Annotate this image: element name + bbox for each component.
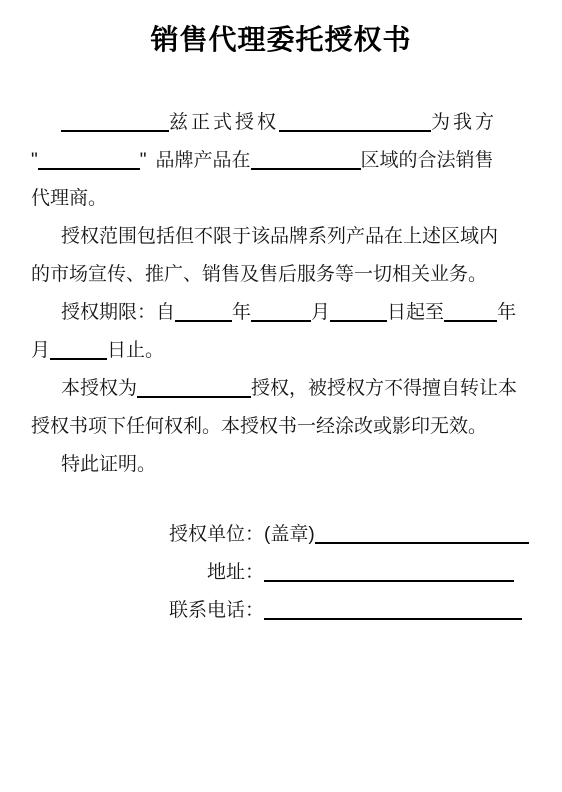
document-page: 销售代理委托授权书 兹正式授权为我方 ""品牌产品在区域的合法销售 代理商。 授… — [0, 0, 562, 792]
blank-start-month — [251, 310, 311, 322]
signature-row-address: 地址： — [31, 554, 529, 592]
text-segment: 年 — [497, 302, 516, 323]
text-segment: 的市场宣传、推广、销售及售后服务等一切相关业务。 — [31, 264, 487, 285]
text-segment: 特此证明。 — [61, 454, 156, 475]
paragraph2-line2: 的市场宣传、推广、销售及售后服务等一切相关业务。 — [31, 256, 552, 294]
text-segment: 为我方 — [431, 112, 497, 133]
paragraph1-line2: ""品牌产品在区域的合法销售 — [31, 142, 552, 180]
contact-phone-label: 联系电话： — [31, 592, 264, 630]
paragraph3-line2: 月日止。 — [31, 332, 552, 370]
text-segment: 日止。 — [107, 340, 164, 361]
blank-authorized-agent — [279, 120, 431, 132]
seal-note: (盖章) — [264, 524, 315, 545]
paragraph2-line1: 授权范围包括但不限于该品牌系列产品在上述区域内 — [31, 218, 552, 256]
text-segment: 年 — [232, 302, 251, 323]
blank-end-day — [50, 348, 107, 360]
close-quote: " — [140, 150, 147, 171]
signature-block: 授权单位：(盖章) 地址： 联系电话： — [31, 516, 529, 630]
text-segment: 月 — [31, 340, 50, 361]
text-segment: 区域的合法销售 — [361, 150, 494, 171]
blank-end-year — [444, 310, 497, 322]
blank-address — [264, 570, 514, 582]
blank-authorization-type — [137, 386, 251, 398]
paragraph1-line1: 兹正式授权为我方 — [31, 104, 552, 142]
authorizing-unit-label: 授权单位： — [31, 516, 264, 554]
blank-authorizing-company — [61, 120, 169, 132]
text-segment: 品牌产品在 — [156, 150, 251, 171]
blank-contact-phone — [264, 608, 522, 620]
paragraph4-line2: 授权书项下任何权利。本授权书一经涂改或影印无效。 — [31, 408, 552, 446]
blank-start-day — [330, 310, 387, 322]
blank-company-seal-name — [315, 532, 529, 544]
text-segment: 月 — [311, 302, 330, 323]
open-quote: " — [31, 150, 38, 171]
paragraph1-line3: 代理商。 — [31, 180, 552, 218]
signature-row-company: 授权单位：(盖章) — [31, 516, 529, 554]
paragraph5-line1: 特此证明。 — [31, 446, 552, 484]
text-segment: 兹正式授权 — [169, 112, 279, 133]
document-body: 兹正式授权为我方 ""品牌产品在区域的合法销售 代理商。 授权范围包括但不限于该… — [31, 104, 552, 484]
text-segment: 代理商。 — [31, 188, 107, 209]
blank-brand-name — [38, 158, 140, 170]
text-segment: 授权，被授权方不得擅自转让本 — [251, 378, 517, 399]
text-segment: 本授权为 — [61, 378, 137, 399]
text-segment: 授权书项下任何权利。本授权书一经涂改或影印无效。 — [31, 416, 487, 437]
text-segment: 授权期限：自 — [61, 302, 175, 323]
paragraph4-line1: 本授权为授权，被授权方不得擅自转让本 — [31, 370, 552, 408]
text-segment: 日起至 — [387, 302, 444, 323]
signature-row-phone: 联系电话： — [31, 592, 529, 630]
text-segment: 授权范围包括但不限于该品牌系列产品在上述区域内 — [61, 226, 498, 247]
address-label: 地址： — [31, 554, 264, 592]
document-title: 销售代理委托授权书 — [0, 22, 562, 58]
blank-start-year — [175, 310, 232, 322]
blank-sales-region — [251, 158, 361, 170]
paragraph3-line1: 授权期限：自年月日起至年 — [31, 294, 552, 332]
